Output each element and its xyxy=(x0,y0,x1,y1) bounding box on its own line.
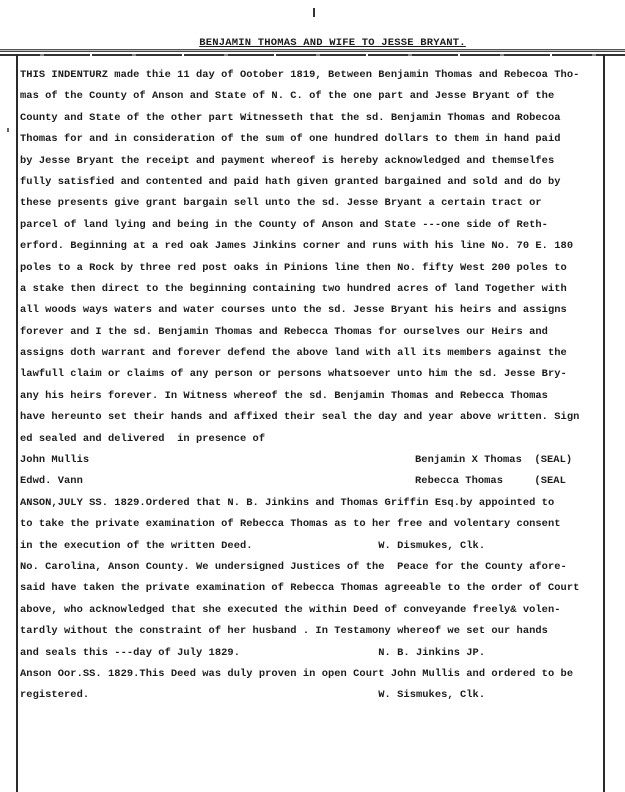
court-record: ANSON,JULY SS. 1829.Ordered that N. B. J… xyxy=(20,493,620,707)
document-title: BENJAMIN THOMAS AND WIFE TO JESSE BRYANT… xyxy=(0,37,625,49)
deed-line: all woods ways waters and water courses … xyxy=(20,300,620,321)
witness-name: John Mullis xyxy=(20,454,89,466)
deed-line: lawfull claim or claims of any person or… xyxy=(20,364,620,385)
deed-line: these presents give grant bargain sell u… xyxy=(20,193,620,214)
court-line: Anson Oor.SS. 1829.This Deed was duly pr… xyxy=(20,664,620,685)
court-line: and seals this ---day of July 1829. N. B… xyxy=(20,643,620,664)
deed-line: Thomas for and in consideration of the s… xyxy=(20,129,620,150)
court-line: above, who acknowledged that she execute… xyxy=(20,600,620,621)
signer-name: Benjamin X Thomas (SEAL) xyxy=(415,450,572,471)
signature-row: John MullisBenjamin X Thomas (SEAL) xyxy=(20,450,620,471)
deed-line: THIS INDENTURZ made thie 11 day of Ootob… xyxy=(20,65,620,86)
court-line: ANSON,JULY SS. 1829.Ordered that N. B. J… xyxy=(20,493,620,514)
page-marker xyxy=(313,8,315,17)
deed-line: by Jesse Bryant the receipt and payment … xyxy=(20,151,620,172)
deed-line: County and State of the other part Witne… xyxy=(20,108,620,129)
deed-line: erford. Beginning at a red oak James Jin… xyxy=(20,236,620,257)
deed-line: have hereunto set their hands and affixe… xyxy=(20,407,620,428)
court-line: registered. W. Sismukes, Clk. xyxy=(20,685,620,706)
court-line: No. Carolina, Anson County. We undersign… xyxy=(20,557,620,578)
deed-line: mas of the County of Anson and State of … xyxy=(20,86,620,107)
left-margin-border xyxy=(16,54,18,792)
deed-line: a stake then direct to the beginning con… xyxy=(20,279,620,300)
court-line: to take the private examination of Rebec… xyxy=(20,514,620,535)
margin-mark xyxy=(7,128,9,132)
deed-line: any his heirs forever. In Witness whereo… xyxy=(20,386,620,407)
court-line: said have taken the private examination … xyxy=(20,578,620,599)
title-rule-top xyxy=(0,49,625,52)
court-line: tardly without the constraint of her hus… xyxy=(20,621,620,642)
signature-row: Edwd. VannRebecca Thomas (SEAL xyxy=(20,471,620,492)
signer-name: Rebecca Thomas (SEAL xyxy=(415,471,566,492)
witness-name: Edwd. Vann xyxy=(20,475,83,487)
title-rule-bottom xyxy=(0,54,625,56)
deed-line: assigns doth warrant and forever defend … xyxy=(20,343,620,364)
deed-line: parcel of land lying and being in the Co… xyxy=(20,215,620,236)
deed-text: THIS INDENTURZ made thie 11 day of Ootob… xyxy=(20,65,620,450)
deed-line: forever and I the sd. Benjamin Thomas an… xyxy=(20,322,620,343)
signature-block: John MullisBenjamin X Thomas (SEAL)Edwd.… xyxy=(20,450,620,493)
deed-line: fully satisfied and contented and paid h… xyxy=(20,172,620,193)
deed-line: ed sealed and delivered in presence of xyxy=(20,429,620,450)
deed-line: poles to a Rock by three red post oaks i… xyxy=(20,258,620,279)
court-line: in the execution of the written Deed. W.… xyxy=(20,536,620,557)
deed-body: THIS INDENTURZ made thie 11 day of Ootob… xyxy=(20,65,620,707)
